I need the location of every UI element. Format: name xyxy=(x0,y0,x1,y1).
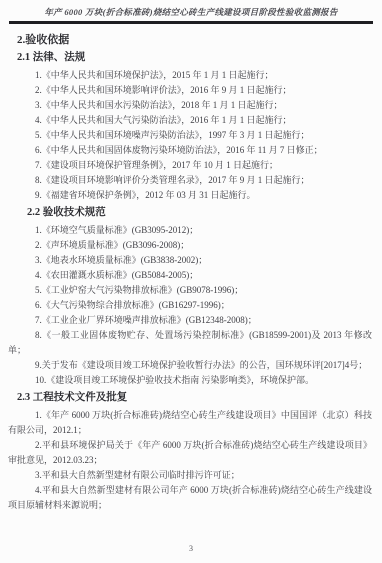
list-item: 1.《年产 6000 万块(折合标准砖)烧结空心砖生产线建设项目》中国国评（北京… xyxy=(8,408,372,438)
list-item: 8.《建设项目环境影响评价分类管理名录》，2017 年 9 月 1 日起施行； xyxy=(8,173,372,188)
list-item: 2.平和县环境保护局关于《年产 6000 万块(折合标准砖)烧结空心砖生产线建设… xyxy=(8,438,372,468)
list-item: 8.《一般工业固体废物贮存、处置场污染控制标准》(GB18599-2001)及 … xyxy=(8,328,372,358)
subsection-heading-laws: 2.1 法律、法规 xyxy=(17,50,372,66)
list-item: 5.《中华人民共和国环境噪声污染防治法》，1997 年 3 月 1 日起施行； xyxy=(8,128,372,143)
list-item: 7.《工业企业厂界环境噪声排放标准》(GB12348-2008)； xyxy=(8,313,372,328)
document-page: 年产 6000 万块(折合标准砖)烧结空心砖生产线建设项目阶段性验收监测报告 2… xyxy=(0,0,382,563)
list-item: 3.《中华人民共和国水污染防治法》，2018 年 1 月 1 日起施行； xyxy=(8,98,372,113)
list-item: 4.平和县大自然新型建材有限公司年产 6000 万块(折合标准砖)烧结空心砖生产… xyxy=(8,483,372,513)
list-item: 6.《大气污染物综合排放标准》(GB16297-1996)； xyxy=(8,298,372,313)
list-item: 5.《工业炉窑大气污染物排放标准》(GB9078-1996)； xyxy=(8,283,372,298)
list-item: 2.《声环境质量标准》(GB3096-2008)； xyxy=(8,238,372,253)
list-item: 1.《中华人民共和国环境保护法》，2015 年 1 月 1 日起施行； xyxy=(8,68,372,83)
running-header-title: 年产 6000 万块(折合标准砖)烧结空心砖生产线建设项目阶段性验收监测报告 xyxy=(0,0,382,18)
list-item: 10.《建设项目竣工环境保护验收技术指南 污染影响类》，环境保护部。 xyxy=(8,373,372,388)
page-number: 3 xyxy=(0,544,382,553)
list-item: 7.《建设项目环境保护管理条例》，2017 年 10 月 1 日起施行； xyxy=(8,158,372,173)
list-item: 2.《中华人民共和国环境影响评价法》，2016 年 9 月 1 日起施行； xyxy=(8,83,372,98)
list-item: 9.关于发布《建设项目竣工环境保护验收暂行办法》的公告，国环规环评[2017]4… xyxy=(8,358,372,373)
subsection-heading-project-documents: 2.3 工程技术文件及批复 xyxy=(17,390,372,406)
subsection-heading-tech-specs: 2.2 验收技术规范 xyxy=(27,205,372,221)
section-heading-acceptance-basis: 2.验收依据 xyxy=(17,33,372,48)
document-body: 2.验收依据 2.1 法律、法规 1.《中华人民共和国环境保护法》，2015 年… xyxy=(0,24,382,513)
list-item: 6.《中华人民共和国固体废物污染环境防治法》，2016 年 11 月 7 日修正… xyxy=(8,143,372,158)
list-item: 4.《农田灌溉水质标准》(GB5084-2005)； xyxy=(8,268,372,283)
list-item: 4.《中华人民共和国大气污染防治法》，2016 年 1 月 1 日起施行； xyxy=(8,113,372,128)
list-item: 1.《环境空气质量标准》(GB3095-2012)； xyxy=(8,223,372,238)
list-item: 3.《地表水环境质量标准》(GB3838-2002)； xyxy=(8,253,372,268)
list-item: 9.《福建省环境保护条例》，2012 年 03 月 31 日起施行。 xyxy=(8,188,372,203)
list-item: 3.平和县大自然新型建材有限公司临时排污许可证； xyxy=(8,468,372,483)
